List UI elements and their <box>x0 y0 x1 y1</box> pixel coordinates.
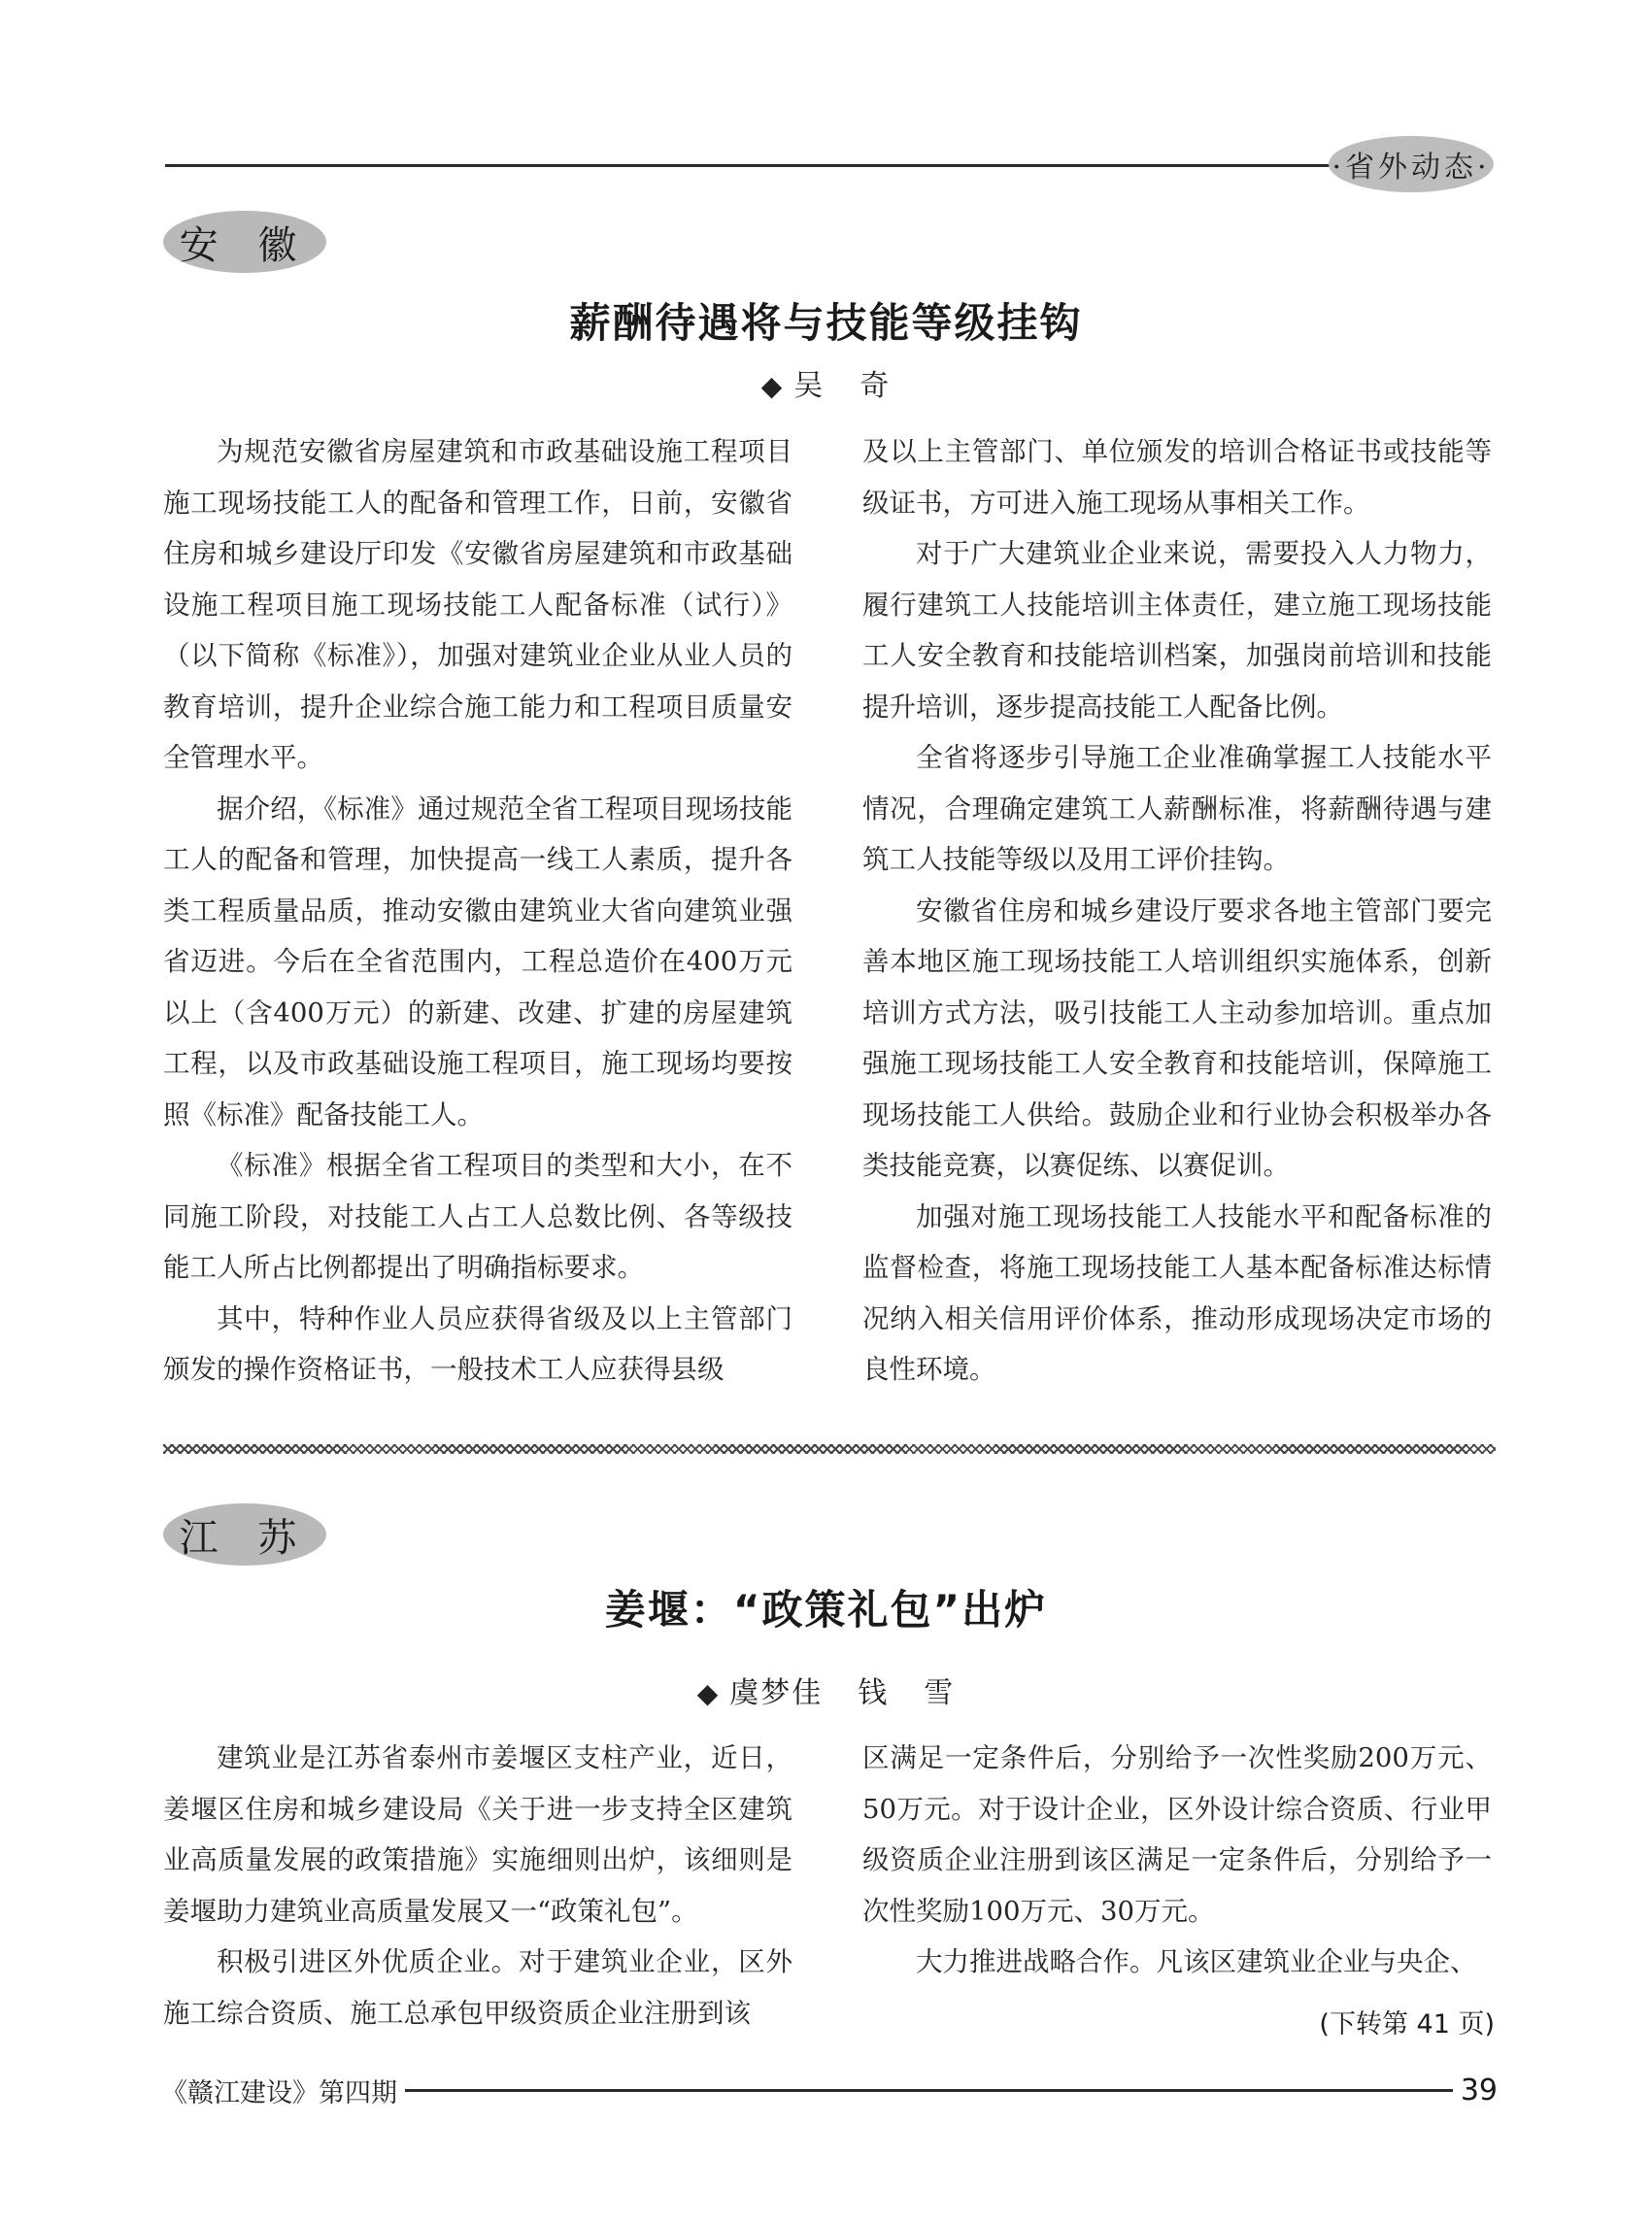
paragraph: 建筑业是江苏省泰州市姜堰区支柱产业，近日，姜堰区住房和城乡建设局《关于进一步支持… <box>163 1733 792 1937</box>
paragraph: 其中，特种作业人员应获得省级及以上主管部门颁发的操作资格证书，一般技术工人应获得… <box>163 1294 792 1396</box>
footer-rule <box>405 2089 1453 2092</box>
paragraph: 加强对施工现场技能工人技能水平和配备标准的监督检查，将施工现场技能工人基本配备标… <box>862 1192 1492 1396</box>
author-name: 雪 <box>924 1676 955 1710</box>
paragraph: 对于广大建筑业企业来说，需要投入人力物力，履行建筑工人技能培训主体责任，建立施工… <box>862 528 1492 732</box>
header-rule <box>165 164 1331 167</box>
byline: ◆虞梦佳钱雪 <box>0 1669 1652 1711</box>
journal-name: 《赣江建设》第四期 <box>161 2072 397 2109</box>
section-tab: ·省外动态· <box>1329 136 1494 192</box>
article-column-right: 区满足一定条件后，分别给予一次性奖励200万元、50万元。对于设计企业，区外设计… <box>862 1733 1492 1988</box>
diamond-icon: ◆ <box>697 1677 721 1709</box>
author-name: 奇 <box>860 369 891 403</box>
diamond-icon: ◆ <box>761 370 785 402</box>
region-badge-jiangsu: 江 苏 <box>163 1503 326 1566</box>
article-column-left: 为规范安徽省房屋建筑和市政基础设施工程项目施工现场技能工人的配备和管理工作，日前… <box>163 426 792 1396</box>
article-title: 姜堰：“政策礼包”出炉 <box>0 1578 1652 1636</box>
article-column-left: 建筑业是江苏省泰州市姜堰区支柱产业，近日，姜堰区住房和城乡建设局《关于进一步支持… <box>163 1733 792 2039</box>
continued-note: (下转第 41 页) <box>1319 2003 1495 2040</box>
author-name: 吴 <box>793 369 825 403</box>
paragraph: 为规范安徽省房屋建筑和市政基础设施工程项目施工现场技能工人的配备和管理工作，日前… <box>163 426 792 784</box>
page-footer: 《赣江建设》第四期 39 <box>161 2071 1498 2109</box>
paragraph: 《标准》根据全省工程项目的类型和大小，在不同施工阶段，对技能工人占工人总数比例、… <box>163 1140 792 1294</box>
wavy-divider <box>163 1444 1496 1454</box>
author-name: 虞梦佳 <box>729 1676 823 1710</box>
article-column-right: 及以上主管部门、单位颁发的培训合格证书或技能等级证书，方可进入施工现场从事相关工… <box>862 426 1492 1396</box>
paragraph: 据介绍，《标准》通过规范全省工程项目现场技能工人的配备和管理，加快提高一线工人素… <box>163 784 792 1141</box>
article-title: 薪酬待遇将与技能等级挂钩 <box>0 291 1652 350</box>
paragraph: 大力推进战略合作。凡该区建筑业企业与央企、 <box>862 1937 1492 1988</box>
paragraph: 安徽省住房和城乡建设厅要求各地主管部门要完善本地区施工现场技能工人培训组织实施体… <box>862 886 1492 1192</box>
byline: ◆吴奇 <box>0 361 1652 404</box>
paragraph: 积极引进区外优质企业。对于建筑业企业，区外施工综合资质、施工总承包甲级资质企业注… <box>163 1937 792 2039</box>
paragraph: 全省将逐步引导施工企业准确掌握工人技能水平情况，合理确定建筑工人薪酬标准，将薪酬… <box>862 732 1492 886</box>
paragraph-continued: 区满足一定条件后，分别给予一次性奖励200万元、50万元。对于设计企业，区外设计… <box>862 1733 1492 1937</box>
paragraph-continued: 及以上主管部门、单位颁发的培训合格证书或技能等级证书，方可进入施工现场从事相关工… <box>862 426 1492 528</box>
author-name: 钱 <box>858 1676 889 1710</box>
region-badge-anhui: 安 徽 <box>163 211 326 273</box>
page-number: 39 <box>1461 2073 1498 2107</box>
